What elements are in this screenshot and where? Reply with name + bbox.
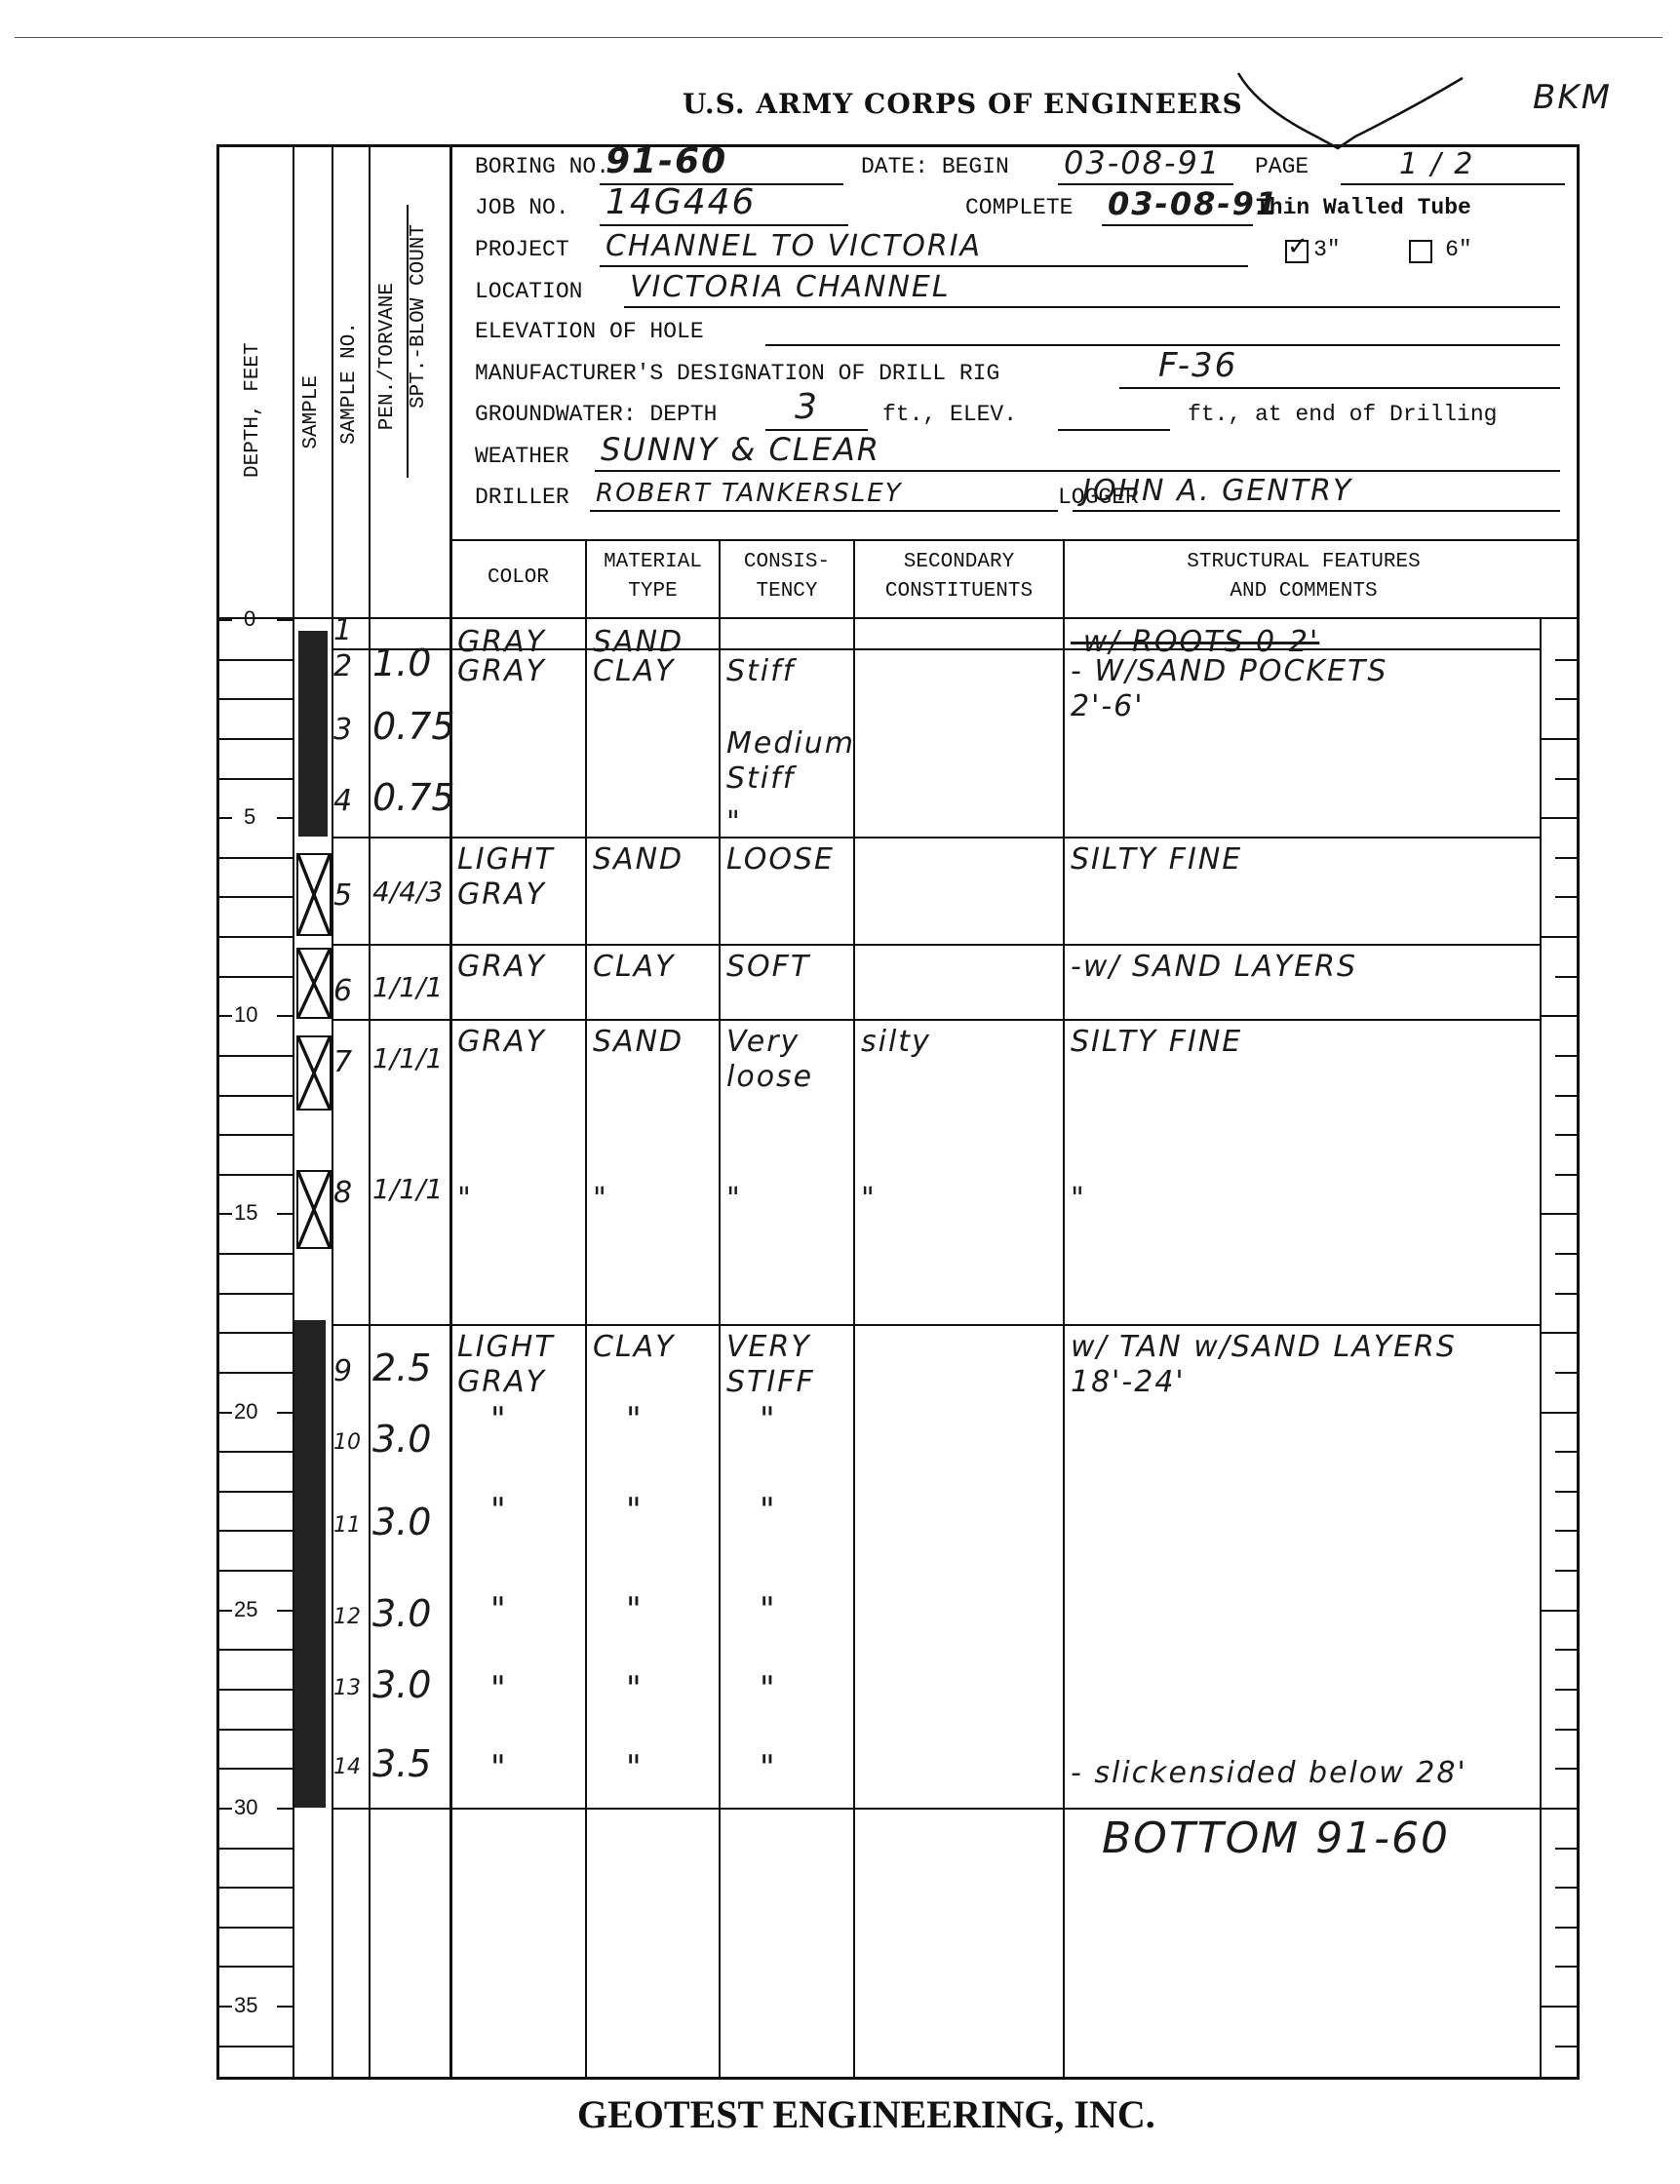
depth-line [218, 1174, 293, 1176]
layer-comments: -w/ SAND LAYERS [1071, 950, 1536, 985]
tick-mark [1542, 1808, 1580, 1810]
ditto-mark: " [626, 1750, 719, 1785]
weather-field[interactable]: SUNNY & CLEAR [595, 429, 1560, 472]
divider-secondary-comments [1063, 539, 1065, 2080]
depth-line [218, 1848, 293, 1850]
depth-label: 30 [234, 1795, 257, 1820]
header-bottom-rule [449, 539, 1580, 541]
depth-line [218, 1966, 293, 1968]
date-begin-label: DATE: BEGIN [861, 154, 1009, 179]
sample-number: 1 [333, 613, 369, 648]
layer-comments: w/ TAN w/SAND LAYERS 18'-24' [1071, 1330, 1536, 1400]
layer-comments: - W/SAND POCKETS 2'-6' [1071, 654, 1536, 724]
layer-consistency: Stiff [726, 654, 849, 689]
depth-line [218, 976, 293, 978]
tick-mark [1555, 1848, 1580, 1850]
depth-tick [277, 1610, 293, 1612]
col-header-sample: SAMPLE [300, 375, 323, 449]
depth-tick [277, 1015, 293, 1017]
ditto-mark: " [626, 1592, 719, 1627]
tick-mark [1555, 1729, 1580, 1731]
pen-spt-separator [407, 205, 409, 478]
tick-mark [1542, 1332, 1580, 1334]
depth-tick [218, 1808, 232, 1810]
tick-mark [1542, 1412, 1580, 1414]
layer-boundary [332, 1019, 1541, 1021]
depth-line [218, 738, 293, 740]
tick-mark [1555, 1689, 1580, 1691]
corner-initials: BKM [1533, 78, 1612, 117]
tick-mark [1555, 1491, 1580, 1493]
option-3in-label: 3" [1313, 237, 1341, 262]
project-value: CHANNEL TO VICTORIA [606, 229, 982, 263]
boring-no-field[interactable]: 91-60 [600, 146, 843, 185]
tick-mark [1542, 738, 1580, 740]
layer-comments: " [1071, 1182, 1536, 1217]
divider-sampleno-pen [369, 144, 371, 2080]
ditto-mark: " [490, 1671, 585, 1706]
layer-comments: - slickensided below 28' [1071, 1756, 1536, 1791]
ditto-mark: " [490, 1402, 585, 1437]
tick-mark [1542, 936, 1580, 938]
depth-line [218, 778, 293, 780]
tick-mark [1555, 1530, 1580, 1532]
tube-sample-bar [294, 1320, 326, 1808]
ditto-mark: " [760, 1671, 853, 1706]
job-no-label: JOB NO. [475, 195, 569, 220]
groundwater-depth-field[interactable]: 3 [765, 388, 868, 431]
depth-tick [277, 1412, 293, 1414]
spt-sample-marker [296, 1035, 332, 1111]
bottom-note: BOTTOM 91-60 [1102, 1813, 1450, 1863]
ditto-mark: " [626, 1671, 719, 1706]
depth-line [218, 857, 293, 859]
tick-mark [1542, 1213, 1580, 1215]
sample-number: 11 [333, 1508, 369, 1543]
depth-line [218, 1293, 293, 1295]
layer-boundary [332, 1808, 1541, 1810]
tick-mark [1555, 778, 1580, 780]
depth-line [218, 2046, 293, 2047]
tick-mark [1542, 817, 1580, 819]
boring-no-value: 91-60 [606, 141, 727, 181]
driller-field[interactable]: ROBERT TANKERSLEY [590, 473, 1058, 512]
drill-rig-value: F-36 [1158, 346, 1237, 385]
scan-border-line [15, 37, 1662, 38]
depth-line [218, 936, 293, 938]
groundwater-end-label: ft., at end of Drilling [1188, 402, 1497, 427]
depth-label: 35 [234, 1993, 257, 2018]
col-header-consistency: CONSIS- TENCY [721, 548, 853, 606]
depth-line [218, 1095, 293, 1097]
elevation-field[interactable] [765, 307, 1560, 346]
depth-label: 0 [244, 606, 255, 632]
check-mark-annotation [1229, 68, 1482, 156]
pen-spt-value: 0.75 [372, 709, 450, 744]
location-value: VICTORIA CHANNEL [630, 270, 951, 304]
layer-material: CLAY [593, 1330, 715, 1365]
layer-boundary [332, 837, 1541, 838]
tick-mark [1555, 1253, 1580, 1255]
layer-secondary: " [861, 1182, 1059, 1217]
depth-tick [277, 1213, 293, 1215]
option-6in-label: 6" [1445, 237, 1472, 262]
layer-material: " [593, 1182, 715, 1217]
sample-number: 13 [333, 1671, 369, 1706]
depth-label: 5 [244, 804, 255, 830]
col-header-color: COLOR [451, 564, 585, 593]
layer-material: SAND [593, 842, 715, 877]
tick-mark [1555, 1055, 1580, 1057]
tick-mark [1555, 1927, 1580, 1929]
layer-material: SAND [593, 1025, 715, 1060]
layer-material: CLAY [593, 654, 715, 689]
depth-tick [218, 619, 232, 621]
depth-tick [218, 817, 232, 819]
sample-number: 8 [333, 1176, 369, 1211]
depth-line [218, 1570, 293, 1572]
pen-spt-value: 3.0 [372, 1422, 450, 1457]
project-label: PROJECT [475, 237, 569, 262]
tick-mark [1542, 1610, 1580, 1612]
layer-comments: SILTY FINE [1071, 842, 1536, 877]
divider-color-material [585, 539, 587, 2080]
tick-mark [1542, 1015, 1580, 1017]
sample-number: 5 [333, 878, 369, 914]
pen-spt-value: 2.5 [372, 1350, 450, 1385]
layer-consistency: " [726, 1182, 849, 1217]
depth-tick [277, 817, 293, 819]
groundwater-elev-field[interactable] [1058, 390, 1170, 431]
depth-line [218, 1927, 293, 1929]
date-begin-value: 03-08-91 [1064, 144, 1221, 181]
sampler-6in-option[interactable]: 6" [1409, 237, 1472, 263]
drill-rig-field[interactable]: F-36 [1119, 346, 1560, 389]
depth-line [218, 1887, 293, 1889]
pen-spt-value: 3.0 [372, 1667, 450, 1702]
col-header-pen-torvane: PEN./TORVANE [376, 283, 399, 430]
depth-line [218, 1530, 293, 1532]
sample-number: 10 [333, 1425, 369, 1461]
drill-rig-label: MANUFACTURER'S DESIGNATION OF DRILL RIG [475, 361, 999, 386]
layer-comments: SILTY FINE [1071, 1025, 1536, 1060]
spt-sample-marker [296, 948, 332, 1019]
divider-material-consistency [719, 539, 721, 2080]
tick-mark [1555, 659, 1580, 661]
divider-consistency-secondary [853, 539, 855, 2080]
pen-spt-value: 3.0 [372, 1596, 450, 1631]
layer-consistency: " [726, 805, 849, 840]
col-header-secondary: SECONDARY CONSTITUENTS [855, 548, 1063, 606]
location-field[interactable]: VICTORIA CHANNEL [624, 265, 1560, 308]
tick-mark [1555, 1649, 1580, 1651]
layer-color: GRAY [457, 950, 581, 985]
ditto-mark: " [626, 1493, 719, 1528]
driller-value: ROBERT TANKERSLEY [596, 479, 903, 508]
company-footer: GEOTEST ENGINEERING, INC. [577, 2091, 1155, 2137]
pen-spt-value: 0.75 [372, 780, 450, 815]
column-header-bottom-rule [216, 617, 1580, 619]
page-value: 1 / 2 [1399, 147, 1474, 181]
tick-mark [1555, 857, 1580, 859]
date-complete-field[interactable]: 03-08-91 [1102, 183, 1253, 226]
groundwater-depth-value: 3 [795, 387, 819, 427]
layer-color: LIGHT GRAY [457, 1330, 581, 1400]
depth-tick [218, 1412, 232, 1414]
layer-consistency: Medium Stiff [726, 726, 849, 797]
depth-tick [277, 619, 293, 621]
tick-mark [1555, 896, 1580, 898]
depth-line [218, 1451, 293, 1453]
depth-line [218, 1253, 293, 1255]
col-header-structural: STRUCTURAL FEATURES AND COMMENTS [1065, 548, 1543, 606]
depth-label: 10 [234, 1002, 257, 1028]
spt-sample-marker [296, 853, 332, 936]
tick-mark [1555, 1293, 1580, 1295]
sample-number: 14 [333, 1750, 369, 1785]
tick-mark [1555, 1768, 1580, 1770]
layer-color: GRAY [457, 1025, 581, 1060]
depth-line [218, 1134, 293, 1136]
divider-sample-sampleno [332, 144, 333, 2080]
ditto-mark: " [490, 1592, 585, 1627]
tick-mark [1555, 1966, 1580, 1968]
sample-number: 6 [333, 974, 369, 1009]
ditto-mark: " [490, 1493, 585, 1528]
layer-consistency: Very loose [726, 1025, 849, 1095]
tick-mark [1555, 1134, 1580, 1136]
checkbox-6in[interactable] [1409, 240, 1432, 263]
pen-spt-value: 1/1/1 [372, 1172, 450, 1207]
layer-consistency: LOOSE [726, 842, 849, 877]
depth-line [218, 1372, 293, 1374]
date-begin-field[interactable]: 03-08-91 [1058, 144, 1233, 185]
layer-consistency: SOFT [726, 950, 849, 985]
job-no-value: 14G446 [606, 182, 756, 222]
sample-number: 2 [333, 649, 369, 684]
depth-tick [218, 1610, 232, 1612]
agency-title: U.S. ARMY CORPS OF ENGINEERS [683, 88, 1243, 120]
tick-mark [1555, 1570, 1580, 1572]
tick-mark [1555, 1372, 1580, 1374]
pen-spt-value: 1/1/1 [372, 970, 450, 1005]
page-label: PAGE [1255, 154, 1309, 179]
col-header-spt-blow-count: SPT.-BLOW COUNT [408, 224, 430, 409]
spt-sample-marker [296, 1170, 332, 1249]
ditto-mark: " [760, 1402, 853, 1437]
tick-mark [1555, 976, 1580, 978]
project-field[interactable]: CHANNEL TO VICTORIA [600, 224, 1248, 267]
depth-line [218, 659, 293, 661]
groundwater-elev-label: ft., ELEV. [882, 402, 1017, 427]
depth-tick [277, 2006, 293, 2008]
logger-field[interactable]: JOHN A. GENTRY [1073, 471, 1560, 512]
depth-line [218, 1332, 293, 1334]
ditto-mark: " [760, 1493, 853, 1528]
groundwater-label: GROUNDWATER: DEPTH [475, 402, 717, 427]
depth-label: 15 [234, 1200, 257, 1226]
depth-line [218, 1768, 293, 1770]
tick-mark [1555, 1451, 1580, 1453]
job-no-field[interactable]: 14G446 [600, 185, 848, 226]
layer-color: " [457, 1182, 581, 1217]
layer-boundary [332, 944, 1541, 946]
pen-spt-value: 3.0 [372, 1504, 450, 1540]
boring-no-label: BORING NO. [475, 154, 609, 179]
depth-line [218, 1729, 293, 1731]
sampler-3in-option[interactable]: 3" [1285, 237, 1341, 263]
pen-spt-value: 1/1/1 [372, 1041, 450, 1076]
depth-line [218, 1055, 293, 1057]
layer-secondary: silty [861, 1025, 1059, 1060]
layer-color: GRAY [457, 654, 581, 689]
driller-label: DRILLER [475, 485, 569, 510]
layer-boundary [332, 1324, 1541, 1326]
page-field[interactable]: 1 / 2 [1341, 146, 1565, 185]
layer-consistency: VERY STIFF [726, 1330, 849, 1400]
pen-spt-value: 4/4/3 [372, 875, 450, 910]
depth-line [218, 1491, 293, 1493]
weather-value: SUNNY & CLEAR [601, 431, 880, 468]
tick-mark [1542, 2006, 1580, 2008]
thin-walled-tube-label: Thin Walled Tube [1256, 195, 1471, 220]
depth-tick [277, 1808, 293, 1810]
col-header-material: MATERIAL TYPE [587, 548, 719, 606]
depth-tick [218, 2006, 232, 2008]
sample-number: 12 [333, 1600, 369, 1635]
weather-label: WEATHER [475, 444, 569, 469]
logger-value: JOHN A. GENTRY [1082, 474, 1352, 508]
depth-line [218, 1689, 293, 1691]
depth-tick [218, 1213, 232, 1215]
sample-number: 7 [333, 1045, 369, 1080]
col-header-depth: DEPTH, FEET [242, 292, 264, 478]
tube-sample-bar [298, 631, 328, 837]
ditto-mark: " [760, 1750, 853, 1785]
layer-color: LIGHT GRAY [457, 842, 581, 913]
col-header-sample-no: SAMPLE NO. [338, 322, 361, 445]
location-label: LOCATION [475, 279, 582, 304]
tick-mark [1555, 1095, 1580, 1097]
tick-mark [1555, 1887, 1580, 1889]
depth-line [218, 1649, 293, 1651]
checkbox-3in[interactable] [1285, 240, 1309, 263]
tick-mark [1555, 698, 1580, 700]
date-complete-value: 03-08-91 [1108, 185, 1279, 222]
depth-line [218, 698, 293, 700]
divider-pen-color [449, 144, 452, 2080]
sample-number: 4 [333, 784, 369, 819]
date-complete-label: COMPLETE [965, 195, 1073, 220]
ditto-mark: " [626, 1402, 719, 1437]
pen-spt-value: 3.5 [372, 1746, 450, 1781]
ditto-mark: " [490, 1750, 585, 1785]
sample-number: 3 [333, 713, 369, 748]
ditto-mark: " [760, 1592, 853, 1627]
elevation-label: ELEVATION OF HOLE [475, 319, 704, 344]
tick-mark [1555, 1174, 1580, 1176]
tick-mark [1555, 2046, 1580, 2047]
sample-number: 9 [333, 1354, 369, 1389]
layer-material: CLAY [593, 950, 715, 985]
depth-tick [218, 1015, 232, 1017]
depth-label: 25 [234, 1597, 257, 1622]
depth-label: 20 [234, 1399, 257, 1424]
depth-line [218, 896, 293, 898]
